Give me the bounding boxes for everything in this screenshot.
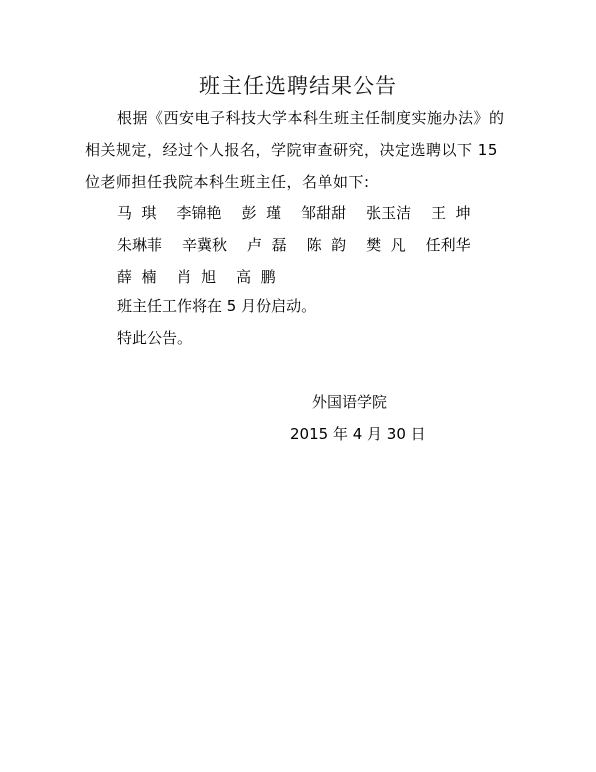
name-row: 薛 楠 肖 旭 高 鹏 (117, 260, 517, 292)
teacher-name: 彭 瑾 (242, 202, 282, 223)
teacher-name: 马 琪 (117, 202, 157, 223)
teacher-name: 任利华 (426, 234, 471, 255)
intro-paragraph: 根据《西安电子科技大学本科生班主任制度实施办法》的相关规定，经过个人报名，学院审… (85, 102, 515, 198)
signature-org: 外国语学院 (312, 392, 387, 412)
name-list: 马 琪 李锦艳 彭 瑾 邹甜甜 张玉洁 王 坤 朱琳菲 辛冀秋 卢 磊 陈 韵 … (117, 196, 517, 292)
closing-statement: 特此公告。 (117, 328, 192, 348)
teacher-name: 邹甜甜 (301, 202, 346, 223)
start-note: 班主任工作将在 5 月份启动。 (117, 296, 316, 316)
name-row: 朱琳菲 辛冀秋 卢 磊 陈 韵 樊 凡 任利华 (117, 228, 517, 260)
teacher-name: 李锦艳 (177, 202, 222, 223)
teacher-name: 肖 旭 (177, 266, 217, 287)
teacher-name: 樊 凡 (366, 234, 406, 255)
name-row: 马 琪 李锦艳 彭 瑾 邹甜甜 张玉洁 王 坤 (117, 196, 517, 228)
signature-date: 2015 年 4 月 30 日 (290, 424, 426, 444)
teacher-name: 朱琳菲 (117, 234, 162, 255)
document-title: 班主任选聘结果公告 (0, 72, 596, 100)
teacher-name: 张玉洁 (366, 202, 411, 223)
teacher-name: 薛 楠 (117, 266, 157, 287)
teacher-name: 卢 磊 (247, 234, 287, 255)
teacher-name: 王 坤 (431, 202, 471, 223)
teacher-name: 高 鹏 (236, 266, 276, 287)
teacher-name: 陈 韵 (307, 234, 347, 255)
teacher-name: 辛冀秋 (182, 234, 227, 255)
